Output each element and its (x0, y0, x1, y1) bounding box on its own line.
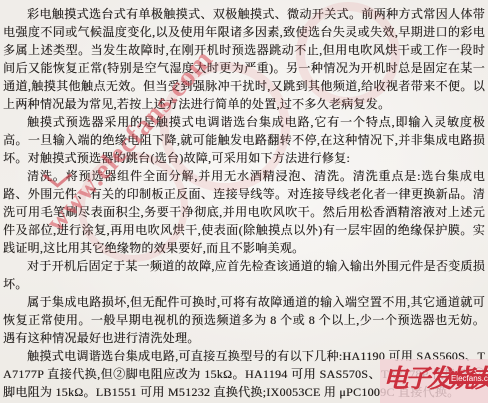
paragraph-ic-damage: 属于集成电路损坏,但无配件可换时,可将有故障通道的输入端空置不用,其它通道就可恢… (3, 293, 485, 347)
paragraph-preselector-ic: 触摸式预选器采用的是触摸式电调谐选台集成电路,它有一个特点,即输入灵敏度极高。一… (3, 113, 485, 167)
scanned-document-page: 彩电触摸式选台式有单极触摸式、双极触摸式、微动开关式。前两种方式常因人体带电强度… (0, 0, 488, 403)
paragraph-cleaning-method: 清洗。将预选器组件全面分解,并用无水酒精浸泡、清洗。清洗重点是:选台集成电路、外… (3, 167, 485, 257)
paragraph-fixed-channel: 对于开机后固定于某一频道的故障,应首先检查该通道的输入输出外围元件是否变质损坏。 (3, 257, 485, 293)
paragraph-ic-substitution: 触摸式电调谐选台集成电路,可直接互换型号的有以下几种:HA1190 可用 SAS… (3, 347, 485, 401)
document-text: 彩电触摸式选台式有单极触摸式、双极触摸式、微动开关式。前两种方式常因人体带电强度… (0, 0, 488, 401)
paragraph-fault-overview: 彩电触摸式选台式有单极触摸式、双极触摸式、微动开关式。前两种方式常因人体带电强度… (3, 5, 485, 113)
